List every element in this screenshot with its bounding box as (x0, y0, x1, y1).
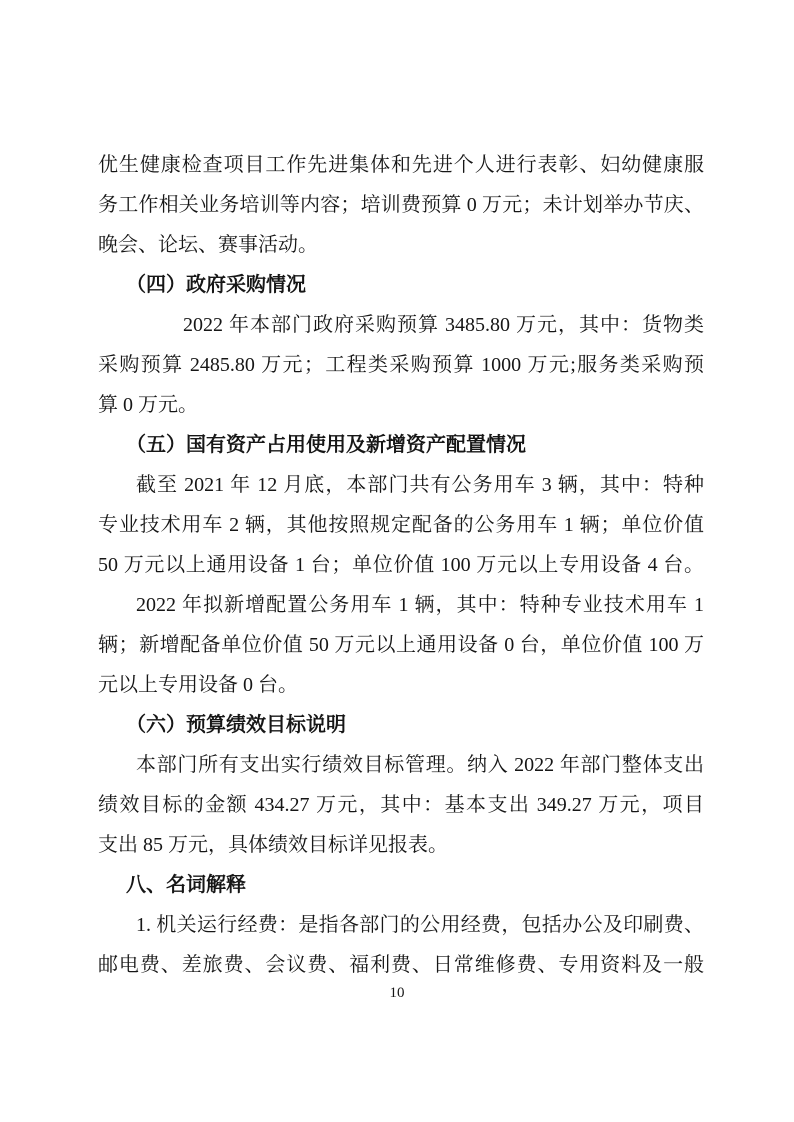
text-line: 本部门所有支出实行绩效目标管理。纳入 2022 年部门整体支出 (98, 745, 704, 785)
text-line: 算 0 万元。 (98, 385, 704, 425)
text-line: 元以上专用设备 0 台。 (98, 665, 704, 705)
text-line: 绩效目标的金额 434.27 万元，其中：基本支出 349.27 万元，项目 (98, 785, 704, 825)
text-line: 务工作相关业务培训等内容；培训费预算 0 万元；未计划举办节庆、 (98, 185, 704, 225)
text-line: 采购预算 2485.80 万元；工程类采购预算 1000 万元;服务类采购预 (98, 345, 704, 385)
text-line: 支出 85 万元，具体绩效目标详见报表。 (98, 825, 704, 865)
paragraph: 本部门所有支出实行绩效目标管理。纳入 2022 年部门整体支出绩效目标的金额 4… (98, 745, 704, 865)
document-page: 优生健康检查项目工作先进集体和先进个人进行表彰、妇幼健康服务工作相关业务培训等内… (0, 0, 794, 1122)
page-number: 10 (0, 978, 794, 1008)
heading-text-line: （四）政府采购情况 (98, 265, 704, 305)
text-line: 截至 2021 年 12 月底，本部门共有公务用车 3 辆，其中：特种 (98, 465, 704, 505)
section-heading: 八、名词解释 (98, 865, 704, 905)
text-line: 优生健康检查项目工作先进集体和先进个人进行表彰、妇幼健康服 (98, 145, 704, 185)
text-line: 50 万元以上通用设备 1 台；单位价值 100 万元以上专用设备 4 台。 (98, 545, 704, 585)
text-line: 2022 年本部门政府采购预算 3485.80 万元，其中：货物类 (98, 305, 704, 345)
text-line: 2022 年拟新增配置公务用车 1 辆，其中：特种专业技术用车 1 (98, 585, 704, 625)
section-heading: （五）国有资产占用使用及新增资产配置情况 (98, 425, 704, 465)
text-line: 晚会、论坛、赛事活动。 (98, 225, 704, 265)
section-heading: （四）政府采购情况 (98, 265, 704, 305)
heading-text-line: （五）国有资产占用使用及新增资产配置情况 (98, 425, 704, 465)
section-heading: （六）预算绩效目标说明 (98, 705, 704, 745)
heading-text-line: （六）预算绩效目标说明 (98, 705, 704, 745)
text-line: 专业技术用车 2 辆，其他按照规定配备的公务用车 1 辆；单位价值 (98, 505, 704, 545)
text-line: 辆；新增配备单位价值 50 万元以上通用设备 0 台，单位价值 100 万 (98, 625, 704, 665)
paragraph: 2022 年拟新增配置公务用车 1 辆，其中：特种专业技术用车 1辆；新增配备单… (98, 585, 704, 705)
paragraph: 优生健康检查项目工作先进集体和先进个人进行表彰、妇幼健康服务工作相关业务培训等内… (98, 145, 704, 265)
text-line: 1. 机关运行经费：是指各部门的公用经费，包括办公及印刷费、 (98, 905, 704, 945)
paragraph: 截至 2021 年 12 月底，本部门共有公务用车 3 辆，其中：特种专业技术用… (98, 465, 704, 585)
paragraph: 1. 机关运行经费：是指各部门的公用经费，包括办公及印刷费、邮电费、差旅费、会议… (98, 905, 704, 985)
heading-text-line: 八、名词解释 (98, 865, 704, 905)
paragraph: 2022 年本部门政府采购预算 3485.80 万元，其中：货物类采购预算 24… (98, 305, 704, 425)
document-content: 优生健康检查项目工作先进集体和先进个人进行表彰、妇幼健康服务工作相关业务培训等内… (98, 145, 704, 985)
